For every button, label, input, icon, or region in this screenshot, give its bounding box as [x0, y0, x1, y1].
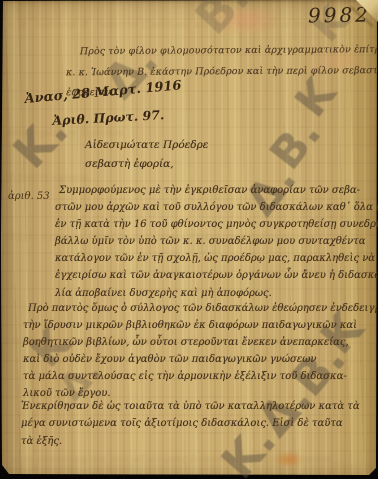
pink-discoloration — [322, 48, 368, 72]
verso-bleed-line: σεβαστὴ ἐφορία, — [6, 173, 90, 183]
body-line: Πρὸ παντὸς ὅμως ὁ σύλλογος τῶν διδασκάλω… — [23, 301, 378, 318]
body-line: στῶν μου ἀρχῶν καὶ τοῦ συλλόγου τῶν διδα… — [55, 199, 378, 216]
verso-bleed-line: κ. κ. Ἰωάννην Β. ἑκάστην Πρόεδρον καὶ τὴ… — [8, 21, 342, 31]
body-paragraph-3: Ἐνεκρίθησαν δὲ ὡς τοιαῦτα τὰ ὑπὸ τῶν κατ… — [21, 398, 360, 450]
body-line: βοηθητικῶν βιβλίων, ὧν οὗτοι στεροῦνται … — [23, 335, 378, 352]
body-line: τὰ μάλα συντελούσας εἰς τὴν ἁρμονικὴν ἐξ… — [23, 369, 378, 386]
body-line: ἐν τῇ κατὰ τὴν 16 τοῦ φθίνοντος μηνὸς συ… — [55, 216, 378, 233]
orange-stain — [274, 451, 304, 468]
body-line: καὶ διὸ οὐδὲν ἔχουν ἀγαθὸν τῶν παιδαγωγι… — [23, 352, 378, 369]
body-line: βάλλω ὑμῖν τὸν ὑπὸ τῶν κ. κ. συναδέλφων … — [55, 233, 378, 250]
body-line: μέγα συνιστώμενα τοῖς ἀξιοτίμοις διδασκά… — [21, 415, 360, 432]
body-line: ἐγχειρίσω καὶ τῶν ἀναγκαιοτέρων ὀργάνων … — [55, 267, 378, 284]
salutation: Αἰδεσιμώτατε Πρόεδρε σεβαστὴ ἐφορία, — [85, 136, 208, 173]
body-line: Ἐνεκρίθησαν δὲ ὡς τοιαῦτα τὰ ὑπὸ τῶν κατ… — [21, 398, 360, 415]
body-line: τὴν ἵδρυσιν μικρῶν βιβλιοθηκῶν ἐκ διαφόρ… — [23, 318, 378, 335]
salutation-line: σεβαστὴ ἐφορία, — [85, 155, 208, 174]
body-line: κατάλογον τῶν ἐν τῇ σχολῇ, ὡς προέδρῳ μα… — [55, 250, 378, 267]
body-paragraph-1: Συμμορφούμενος μὲ τὴν ἐγκριθεῖσαν ἀναφορ… — [55, 182, 378, 302]
body-paragraph-2: Πρὸ παντὸς ὅμως ὁ σύλλογος τῶν διδασκάλω… — [23, 301, 378, 402]
pink-discoloration — [218, 6, 278, 32]
margin-number: ἀριθ. 53 — [8, 191, 50, 202]
body-line: τὰ ἑξῆς. — [21, 433, 360, 450]
salutation-line: Αἰδεσιμώτατε Πρόεδρε — [85, 136, 208, 155]
body-line: Συμμορφούμενος μὲ τὴν ἐγκριθεῖσαν ἀναφορ… — [55, 182, 378, 199]
body-line: λία ἀποβαίνει δυσχερὴς καὶ μὴ ἀποφόρως. — [55, 285, 378, 302]
